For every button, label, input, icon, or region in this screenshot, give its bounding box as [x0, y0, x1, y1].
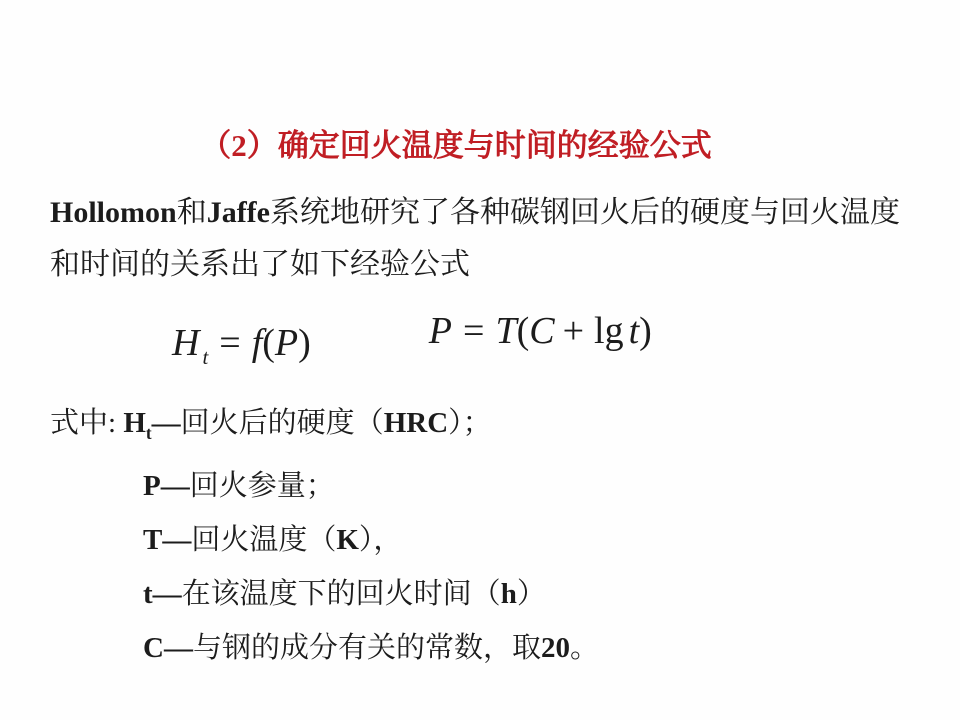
formula-variable: T	[495, 310, 516, 352]
close-paren: )	[639, 310, 652, 352]
formula-tempering-parameter: P=T(C+lgt)	[429, 309, 652, 353]
definition-text: 回火温度（	[191, 524, 336, 556]
paragraph-text: 和	[177, 196, 207, 229]
definition-text: 在该温度下的回火时间（	[182, 578, 501, 610]
formula-hardness-function: Ht=f(P)	[172, 321, 311, 370]
intro-paragraph: Hollomon和Jaffe系统地研究了各种碳钢回火后的硬度与回火温度 和时间的…	[50, 187, 916, 291]
formula-row: Ht=f(P) P=T(C+lgt)	[172, 321, 960, 370]
definition-text: 与钢的成分有关的常数，取	[193, 632, 541, 664]
definition-line-C: C—与钢的成分有关的常数，取20。	[50, 621, 960, 675]
formula-function: f	[252, 322, 263, 364]
definition-unit: h	[501, 578, 517, 610]
definition-term: P—	[143, 470, 190, 502]
definition-line-t: t—在该温度下的回火时间（h）	[50, 567, 960, 621]
definition-text: ）	[517, 578, 546, 610]
paragraph-line-1: Hollomon和Jaffe系统地研究了各种碳钢回火后的硬度与回火温度	[50, 187, 916, 239]
close-paren: )	[298, 322, 311, 364]
definition-term: Ht—	[123, 407, 180, 439]
definition-text: 回火后的硬度（	[181, 407, 384, 439]
definition-text: ），	[359, 524, 403, 556]
definition-text: ）；	[448, 407, 492, 439]
formula-variable: t	[629, 310, 640, 352]
definition-list: 式中: Ht—回火后的硬度（HRC）； P—回火参量； T—回火温度（K）， t…	[50, 396, 960, 676]
definitions-prefix: 式中:	[50, 407, 123, 439]
open-paren: (	[262, 322, 275, 364]
definition-unit: HRC	[384, 407, 448, 439]
definition-line-T: T—回火温度（K），	[50, 513, 960, 567]
researcher-name-hollomon: Hollomon	[50, 196, 177, 229]
log-operator: lg	[594, 310, 624, 352]
formula-variable: P	[429, 310, 452, 352]
paragraph-text: 系统地研究了各种碳钢回火后的硬度与回火温度	[270, 196, 900, 229]
definition-term: C—	[143, 632, 193, 664]
formula-variable: P	[275, 322, 298, 364]
definition-term: t—	[143, 578, 182, 610]
definition-term: T—	[143, 524, 191, 556]
presentation-slide: （2）确定回火温度与时间的经验公式 Hollomon和Jaffe系统地研究了各种…	[0, 0, 960, 720]
slide-title: （2）确定回火温度与时间的经验公式	[0, 0, 960, 165]
formula-variable: C	[529, 310, 554, 352]
definition-text: 。	[570, 632, 599, 664]
paragraph-line-2: 和时间的关系出了如下经验公式	[50, 239, 916, 291]
plus-sign: +	[555, 310, 592, 352]
definition-text: 回火参量；	[190, 470, 335, 502]
definition-unit: K	[336, 524, 359, 556]
open-paren: (	[517, 310, 530, 352]
equals-sign: =	[208, 322, 251, 364]
definition-line-P: P—回火参量；	[50, 459, 960, 513]
equals-sign: =	[452, 310, 495, 352]
researcher-name-jaffe: Jaffe	[207, 196, 270, 229]
definition-line-Ht: 式中: Ht—回火后的硬度（HRC）；	[50, 396, 960, 460]
formula-variable: H	[172, 322, 199, 364]
definition-value: 20	[541, 632, 570, 664]
